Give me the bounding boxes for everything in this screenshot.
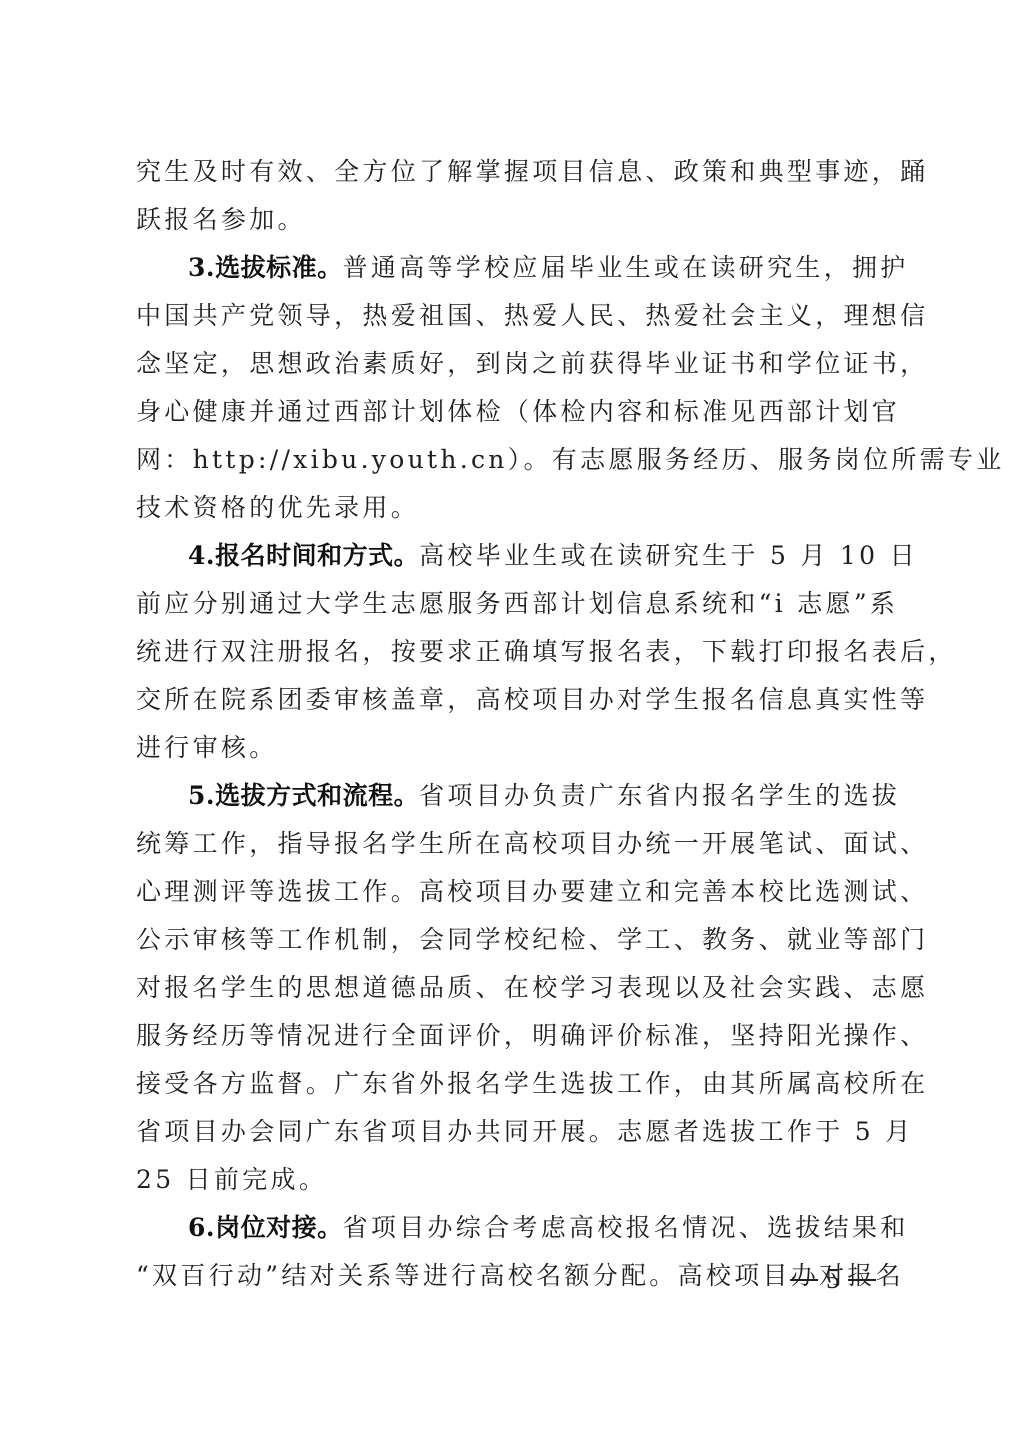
footer-dash-left <box>790 1279 818 1281</box>
paragraph-line: 服务经历等情况进行全面评价，明确评价标准，坚持阳光操作、 <box>136 1018 892 1054</box>
line-text: 中国共产党领导，热爱祖国、热爱人民、热爱社会主义，理想信 <box>136 301 928 330</box>
paragraph-line: 身心健康并通过西部计划体检（体检内容和标准见西部计划官 <box>136 394 892 430</box>
section-heading-line: 6.岗位对接。省项目办综合考虑高校报名情况、选拔结果和 <box>188 1210 892 1246</box>
line-text: 统进行双注册报名，按要求正确填写报名表，下载打印报名表后， <box>136 637 957 666</box>
footer-dash-right <box>848 1279 876 1281</box>
section-heading-line: 4.报名时间和方式。高校毕业生或在读研究生于 5 月 10 日 <box>188 538 892 574</box>
paragraph-line: 省项目办会同广东省项目办共同开展。志愿者选拔工作于 5 月 <box>136 1114 892 1150</box>
paragraph-line: 统筹工作，指导报名学生所在高校项目办统一开展笔试、面试、 <box>136 826 892 862</box>
paragraph-line: 究生及时有效、全方位了解掌握项目信息、政策和典型事迹，踊 <box>136 154 892 190</box>
paragraph-line: “双百行动”结对关系等进行高校名额分配。高校项目办对报名 <box>136 1258 892 1294</box>
line-text: 省项目办负责广东省内报名学生的选拔 <box>419 781 900 810</box>
section-heading-line: 5.选拔方式和流程。省项目办负责广东省内报名学生的选拔 <box>188 778 892 814</box>
paragraph-line: 中国共产党领导，热爱祖国、热爱人民、热爱社会主义，理想信 <box>136 298 892 334</box>
line-text: 普通高等学校应届毕业生或在读研究生，拥护 <box>343 253 909 282</box>
paragraph-line: 统进行双注册报名，按要求正确填写报名表，下载打印报名表后， <box>136 634 892 670</box>
document-page: 究生及时有效、全方位了解掌握项目信息、政策和典型事迹，踊跃报名参加。3.选拔标准… <box>0 0 1024 1448</box>
paragraph-line: 念坚定，思想政治素质好，到岗之前获得毕业证书和学位证书， <box>136 346 892 382</box>
paragraph-line: 进行审核。 <box>136 730 892 766</box>
line-text: 进行审核。 <box>136 733 278 762</box>
line-text: 念坚定，思想政治素质好，到岗之前获得毕业证书和学位证书， <box>136 349 928 378</box>
line-text: 接受各方监督。广东省外报名学生选拔工作，由其所属高校所在 <box>136 1069 928 1098</box>
section-heading: 5.选拔方式和流程。 <box>188 781 419 810</box>
line-text: 统筹工作，指导报名学生所在高校项目办统一开展笔试、面试、 <box>136 829 928 858</box>
line-text: 身心健康并通过西部计划体检（体检内容和标准见西部计划官 <box>136 397 900 426</box>
line-text: 省项目办综合考虑高校报名情况、选拔结果和 <box>343 1213 909 1242</box>
section-heading: 3.选拔标准。 <box>188 253 343 282</box>
line-text: 服务经历等情况进行全面评价，明确评价标准，坚持阳光操作、 <box>136 1021 928 1050</box>
paragraph-line: 心理测评等选拔工作。高校项目办要建立和完善本校比选测试、 <box>136 874 892 910</box>
paragraph-line: 网：http://xibu.youth.cn）。有志愿服务经历、服务岗位所需专业 <box>136 442 892 478</box>
line-text: 省项目办会同广东省项目办共同开展。志愿者选拔工作于 5 月 <box>136 1117 914 1146</box>
paragraph-line: 对报名学生的思想道德品质、在校学习表现以及社会实践、志愿 <box>136 970 892 1006</box>
section-heading-line: 3.选拔标准。普通高等学校应届毕业生或在读研究生，拥护 <box>188 250 892 286</box>
section-heading: 4.报名时间和方式。 <box>188 541 419 570</box>
paragraph-line: 前应分别通过大学生志愿服务西部计划信息系统和“i 志愿”系 <box>136 586 892 622</box>
line-text: 高校毕业生或在读研究生于 5 月 10 日 <box>419 541 918 570</box>
line-text: 公示审核等工作机制，会同学校纪检、学工、教务、就业等部门 <box>136 925 928 954</box>
line-text: 网：http://xibu.youth.cn）。有志愿服务经历、服务岗位所需专业 <box>136 445 1005 474</box>
paragraph-line: 接受各方监督。广东省外报名学生选拔工作，由其所属高校所在 <box>136 1066 892 1102</box>
line-text: “双百行动”结对关系等进行高校名额分配。高校项目办对报名 <box>136 1261 904 1290</box>
line-text: 对报名学生的思想道德品质、在校学习表现以及社会实践、志愿 <box>136 973 928 1002</box>
paragraph-line: 公示审核等工作机制，会同学校纪检、学工、教务、就业等部门 <box>136 922 892 958</box>
paragraph-line: 25 日前完成。 <box>136 1162 892 1198</box>
line-text: 交所在院系团委审核盖章，高校项目办对学生报名信息真实性等 <box>136 685 928 714</box>
line-text: 跃报名参加。 <box>136 205 306 234</box>
line-text: 究生及时有效、全方位了解掌握项目信息、政策和典型事迹，踊 <box>136 157 928 186</box>
line-text: 前应分别通过大学生志愿服务西部计划信息系统和“i 志愿”系 <box>136 589 898 618</box>
line-text: 心理测评等选拔工作。高校项目办要建立和完善本校比选测试、 <box>136 877 928 906</box>
section-heading: 6.岗位对接。 <box>188 1213 343 1242</box>
line-text: 技术资格的优先录用。 <box>136 493 419 522</box>
page-number: 5 <box>826 1262 840 1298</box>
line-text: 25 日前完成。 <box>136 1165 327 1194</box>
paragraph-line: 跃报名参加。 <box>136 202 892 238</box>
paragraph-line: 技术资格的优先录用。 <box>136 490 892 526</box>
page-footer: 5 <box>790 1262 910 1298</box>
paragraph-line: 交所在院系团委审核盖章，高校项目办对学生报名信息真实性等 <box>136 682 892 718</box>
